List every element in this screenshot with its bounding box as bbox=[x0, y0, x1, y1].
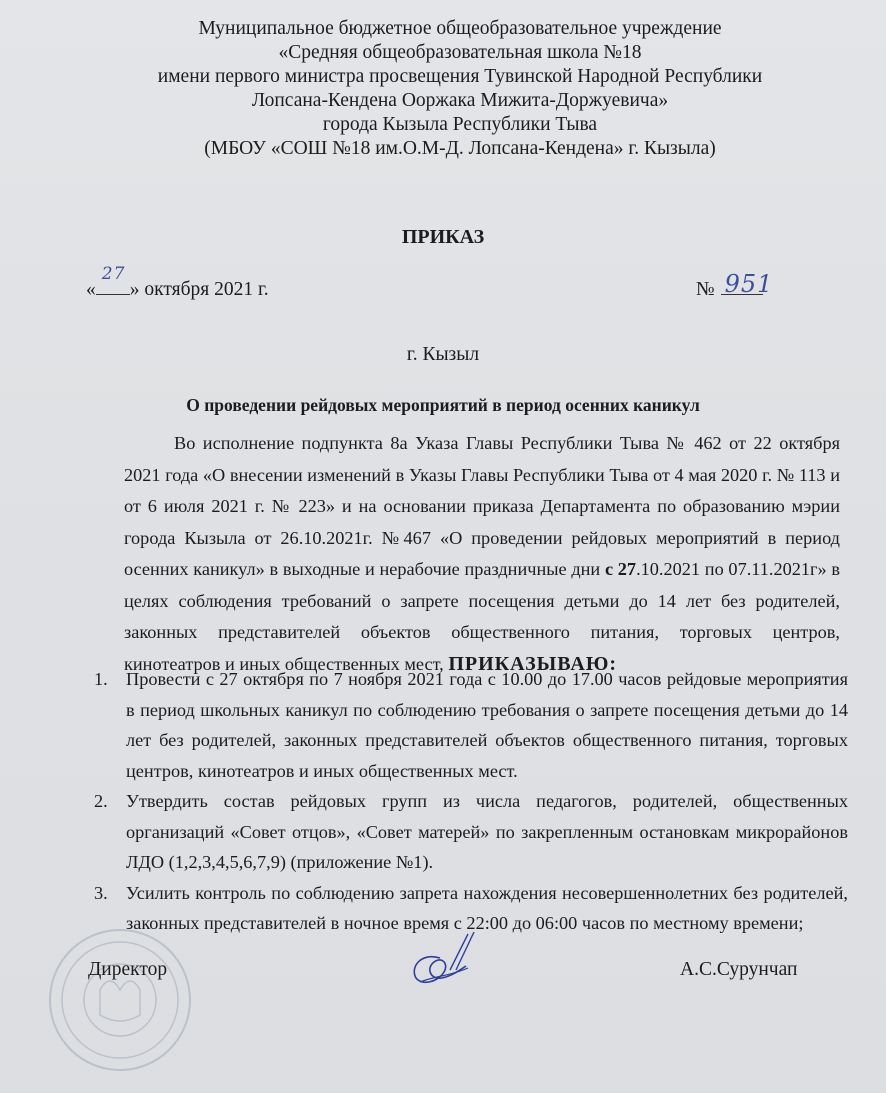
item-number: 2. bbox=[94, 786, 108, 817]
item-number: 3. bbox=[94, 878, 108, 909]
header-line: имени первого министра просвещения Тувин… bbox=[120, 65, 800, 89]
preamble-text: Во исполнение подпункта 8а Указа Главы Р… bbox=[124, 433, 840, 579]
order-date: «27» октября 2021 г. bbox=[86, 278, 269, 301]
header-line: города Кызыла Республики Тыва bbox=[120, 113, 800, 137]
handwritten-number: 951 bbox=[725, 270, 774, 298]
round-seal-stamp-icon bbox=[45, 910, 195, 1090]
number-label: № bbox=[696, 279, 715, 300]
preamble-bold-date: с 27 bbox=[605, 559, 636, 579]
item-number: 1. bbox=[94, 664, 108, 695]
header-line: (МБОУ «СОШ №18 им.О.М-Д. Лопсана-Кендена… bbox=[120, 137, 800, 161]
handwritten-signature-icon bbox=[410, 930, 480, 990]
item-text: Усилить контроль по соблюдению запрета н… bbox=[126, 883, 848, 934]
date-open-quote: « bbox=[86, 279, 96, 300]
header-line: Лопсана-Кендена Ооржака Мижита-Доржуевич… bbox=[120, 89, 800, 113]
header-line: Муниципальное бюджетное общеобразователь… bbox=[120, 17, 800, 41]
document-page: Муниципальное бюджетное общеобразователь… bbox=[0, 0, 886, 1093]
list-item: 1. Провести с 27 октября по 7 ноября 202… bbox=[94, 664, 848, 786]
date-month-year: » октября 2021 г. bbox=[130, 279, 269, 300]
item-text: Утвердить состав рейдовых групп из числа… bbox=[126, 791, 848, 872]
institution-header: Муниципальное бюджетное общеобразователь… bbox=[120, 17, 800, 161]
number-blank: 951 bbox=[721, 278, 763, 295]
document-title: ПРИКАЗ bbox=[0, 226, 886, 249]
order-subject: О проведении рейдовых мероприятий в пери… bbox=[0, 395, 886, 416]
header-line: «Средняя общеобразовательная школа №18 bbox=[120, 41, 800, 65]
city: г. Кызыл bbox=[0, 344, 886, 366]
list-item: 2. Утвердить состав рейдовых групп из чи… bbox=[94, 786, 848, 878]
order-number: №951 bbox=[696, 278, 763, 301]
signer-name: А.С.Сурунчап bbox=[680, 959, 797, 981]
preamble-paragraph: Во исполнение подпункта 8а Указа Главы Р… bbox=[124, 428, 840, 680]
order-items-list: 1. Провести с 27 октября по 7 ноября 202… bbox=[94, 664, 848, 939]
item-text: Провести с 27 октября по 7 ноября 2021 г… bbox=[126, 669, 848, 781]
date-day-blank: 27 bbox=[96, 278, 130, 295]
handwritten-day: 27 bbox=[102, 264, 126, 284]
signer-role: Директор bbox=[88, 959, 167, 981]
